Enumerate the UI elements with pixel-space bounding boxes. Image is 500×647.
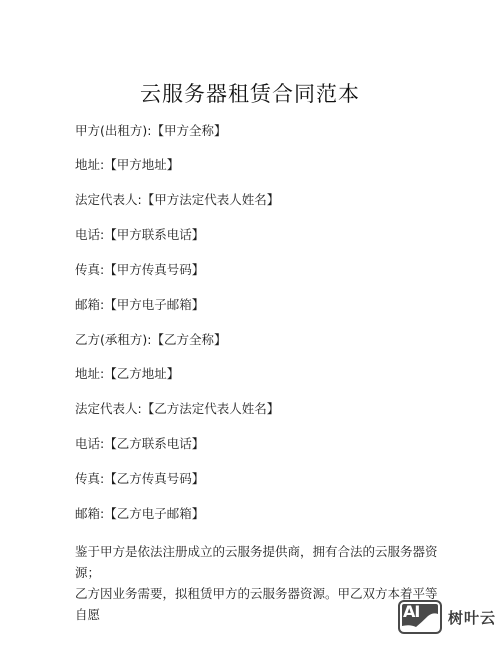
ai-image-icon: AI (398, 600, 442, 634)
brand-name: 树叶云 (448, 607, 496, 628)
party-a-address: 地址:【甲方地址】 (75, 157, 179, 173)
preamble-paragraph: 鉴于甲方是依法注册成立的云服务提供商，拥有合法的云服务器资源； 乙方因业务需要，… (75, 541, 445, 625)
document-title: 云服务器租赁合同范本 (0, 78, 500, 108)
party-b-legal-rep: 法定代表人:【乙方法定代表人姓名】 (75, 401, 279, 417)
party-b-name: 乙方(承租方):【乙方全称】 (75, 332, 226, 348)
party-a-legal-rep: 法定代表人:【甲方法定代表人姓名】 (75, 192, 279, 208)
party-b-address: 地址:【乙方地址】 (75, 366, 179, 382)
preamble-line-2: 乙方因业务需要，拟租赁甲方的云服务器资源。甲乙双方本着平等自愿 (75, 583, 445, 625)
party-a-email: 邮箱:【甲方电子邮箱】 (75, 297, 204, 313)
party-b-phone: 电话:【乙方联系电话】 (75, 436, 204, 452)
watermark-logo: AI 树叶云 (398, 600, 496, 634)
party-a-fax: 传真:【甲方传真号码】 (75, 262, 204, 278)
preamble-line-1: 鉴于甲方是依法注册成立的云服务提供商，拥有合法的云服务器资源； (75, 541, 445, 583)
party-a-name: 甲方(出租方):【甲方全称】 (75, 123, 226, 139)
party-a-phone: 电话:【甲方联系电话】 (75, 227, 204, 243)
party-b-fax: 传真:【乙方传真号码】 (75, 471, 204, 487)
party-b-email: 邮箱:【乙方电子邮箱】 (75, 506, 204, 522)
